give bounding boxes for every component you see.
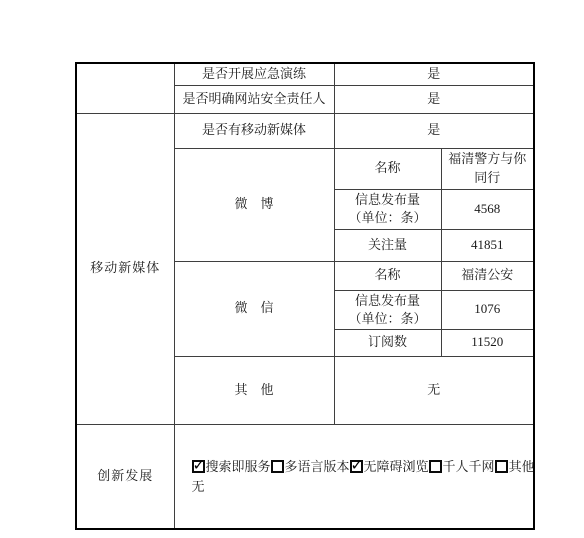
innovation-option: 无障碍浏览 [350,459,429,474]
weibo-posts-label-line2: （单位：条） [338,209,438,227]
wechat-name-label: 名称 [334,261,441,290]
section-label-mobile-media: 移动新媒体 [76,113,174,424]
checkbox-personalized-web-icon [429,460,442,473]
innovation-option: 搜索即服务 [192,459,271,474]
innovation-option: 千人千网 [429,459,495,474]
weibo-name-value: 福清警方与你同行 [441,148,534,189]
document-page: 是否开展应急演练 是 是否明确网站安全责任人 是 移动新媒体 是否有移动新媒体 … [0,0,584,538]
innovation-options-cell: 搜索即服务多语言版本无障碍浏览千人千网其他 无 [174,424,534,529]
wechat-posts-label: 信息发布量 （单位：条） [334,290,441,329]
question-emergency-drill: 是否开展应急演练 [174,63,334,85]
checkbox-multilingual-icon [271,460,284,473]
innovation-option-label: 多语言版本 [285,459,350,474]
checkbox-accessibility-icon [350,460,363,473]
weibo-followers-label: 关注量 [334,229,441,261]
platform-label-wechat: 微 信 [174,261,334,356]
weibo-posts-value: 4568 [441,189,534,229]
section-label-innovation: 创新发展 [76,424,174,529]
weibo-followers-value: 41851 [441,229,534,261]
weibo-posts-label: 信息发布量 （单位：条） [334,189,441,229]
wechat-subscribers-label: 订阅数 [334,329,441,356]
question-has-mobile-media: 是否有移动新媒体 [174,113,334,148]
row-innovation: 创新发展 搜索即服务多语言版本无障碍浏览千人千网其他 无 [76,424,534,529]
weibo-posts-label-line1: 信息发布量 [338,191,438,209]
answer-emergency-drill: 是 [334,63,534,85]
question-security-officer: 是否明确网站安全责任人 [174,85,334,113]
innovation-option: 其他 [495,459,534,474]
innovation-options-line: 搜索即服务多语言版本无障碍浏览千人千网其他 [192,457,528,477]
innovation-option-label: 千人千网 [443,459,495,474]
platform-label-weibo: 微 博 [174,148,334,261]
row-emergency-drill: 是否开展应急演练 是 [76,63,534,85]
wechat-posts-label-line1: 信息发布量 [338,292,438,310]
row-has-mobile-media: 移动新媒体 是否有移动新媒体 是 [76,113,534,148]
checkbox-search-as-service-icon [192,460,205,473]
answer-security-officer: 是 [334,85,534,113]
wechat-subscribers-value: 11520 [441,329,534,356]
answer-has-mobile-media: 是 [334,113,534,148]
platform-label-other: 其 他 [174,356,334,424]
innovation-option-label: 无障碍浏览 [364,459,429,474]
annual-report-table: 是否开展应急演练 是 是否明确网站安全责任人 是 移动新媒体 是否有移动新媒体 … [75,62,535,530]
innovation-option-label: 搜索即服务 [206,459,271,474]
wechat-posts-value: 1076 [441,290,534,329]
wechat-posts-label-line2: （单位：条） [338,310,438,328]
innovation-note: 无 [192,477,528,497]
empty-section-cell [76,63,174,113]
innovation-option: 多语言版本 [271,459,350,474]
checkbox-other-icon [495,460,508,473]
other-platform-value: 无 [334,356,534,424]
wechat-name-value: 福清公安 [441,261,534,290]
weibo-name-label: 名称 [334,148,441,189]
innovation-option-label: 其他 [509,459,534,474]
